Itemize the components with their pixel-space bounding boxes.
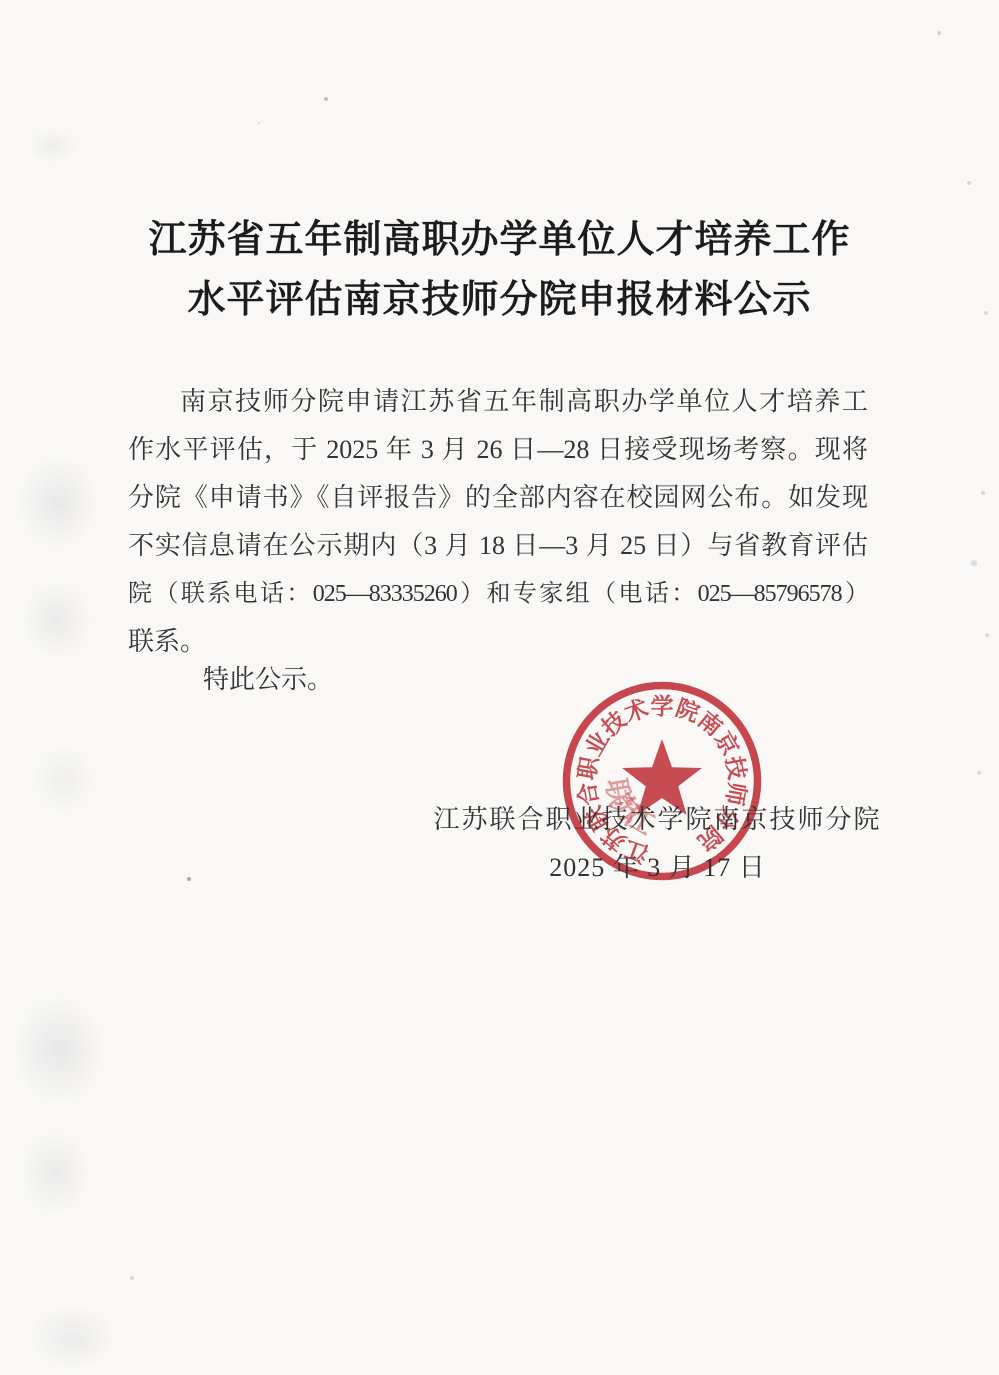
body-line: 南京技师分院申请江苏省五年制高职办学单位人才培养工 bbox=[128, 378, 868, 426]
body-line: 不实信息请在公示期内（3 月 18 日—3 月 25 日）与省教育评估 bbox=[128, 522, 868, 570]
signature-organization: 江苏联合职业技术学院南京技师分院 bbox=[425, 802, 890, 838]
scan-artifact bbox=[14, 995, 104, 1105]
notice-title-line1: 江苏省五年制高职办学单位人才培养工作 bbox=[0, 218, 999, 262]
scan-artifact bbox=[22, 580, 92, 660]
seal-ring-text-char: 技 bbox=[721, 755, 750, 782]
scan-artifact bbox=[18, 455, 98, 550]
seal-ring-text-char: 学 bbox=[651, 693, 674, 719]
notice-body: 南京技师分院申请江苏省五年制高职办学单位人才培养工 作水平评估，于 2025 年… bbox=[128, 378, 868, 666]
body-line: 分院《申请书》《自评报告》的全部内容在校园网公布。如发现 bbox=[128, 474, 868, 522]
scan-artifact bbox=[34, 745, 94, 815]
scanned-notice-page: 江苏省五年制高职办学单位人才培养工作 水平评估南京技师分院申报材料公示 南京技师… bbox=[0, 0, 999, 1375]
scan-specks bbox=[0, 0, 2, 2]
scan-artifact bbox=[28, 128, 78, 164]
body-line-phone-numbers: 院（联系电话：025—83335260）和专家组（电话：025—85796578… bbox=[128, 570, 868, 618]
body-line: 作水平评估，于 2025 年 3 月 26 日—28 日接受现场考察。现将 bbox=[128, 426, 868, 474]
signature-date: 2025 年 3 月 17 日 bbox=[425, 850, 890, 886]
notice-title-line2: 水平评估南京技师分院申报材料公示 bbox=[0, 278, 999, 322]
scan-artifact bbox=[30, 1305, 115, 1370]
scan-artifact bbox=[20, 1130, 90, 1215]
